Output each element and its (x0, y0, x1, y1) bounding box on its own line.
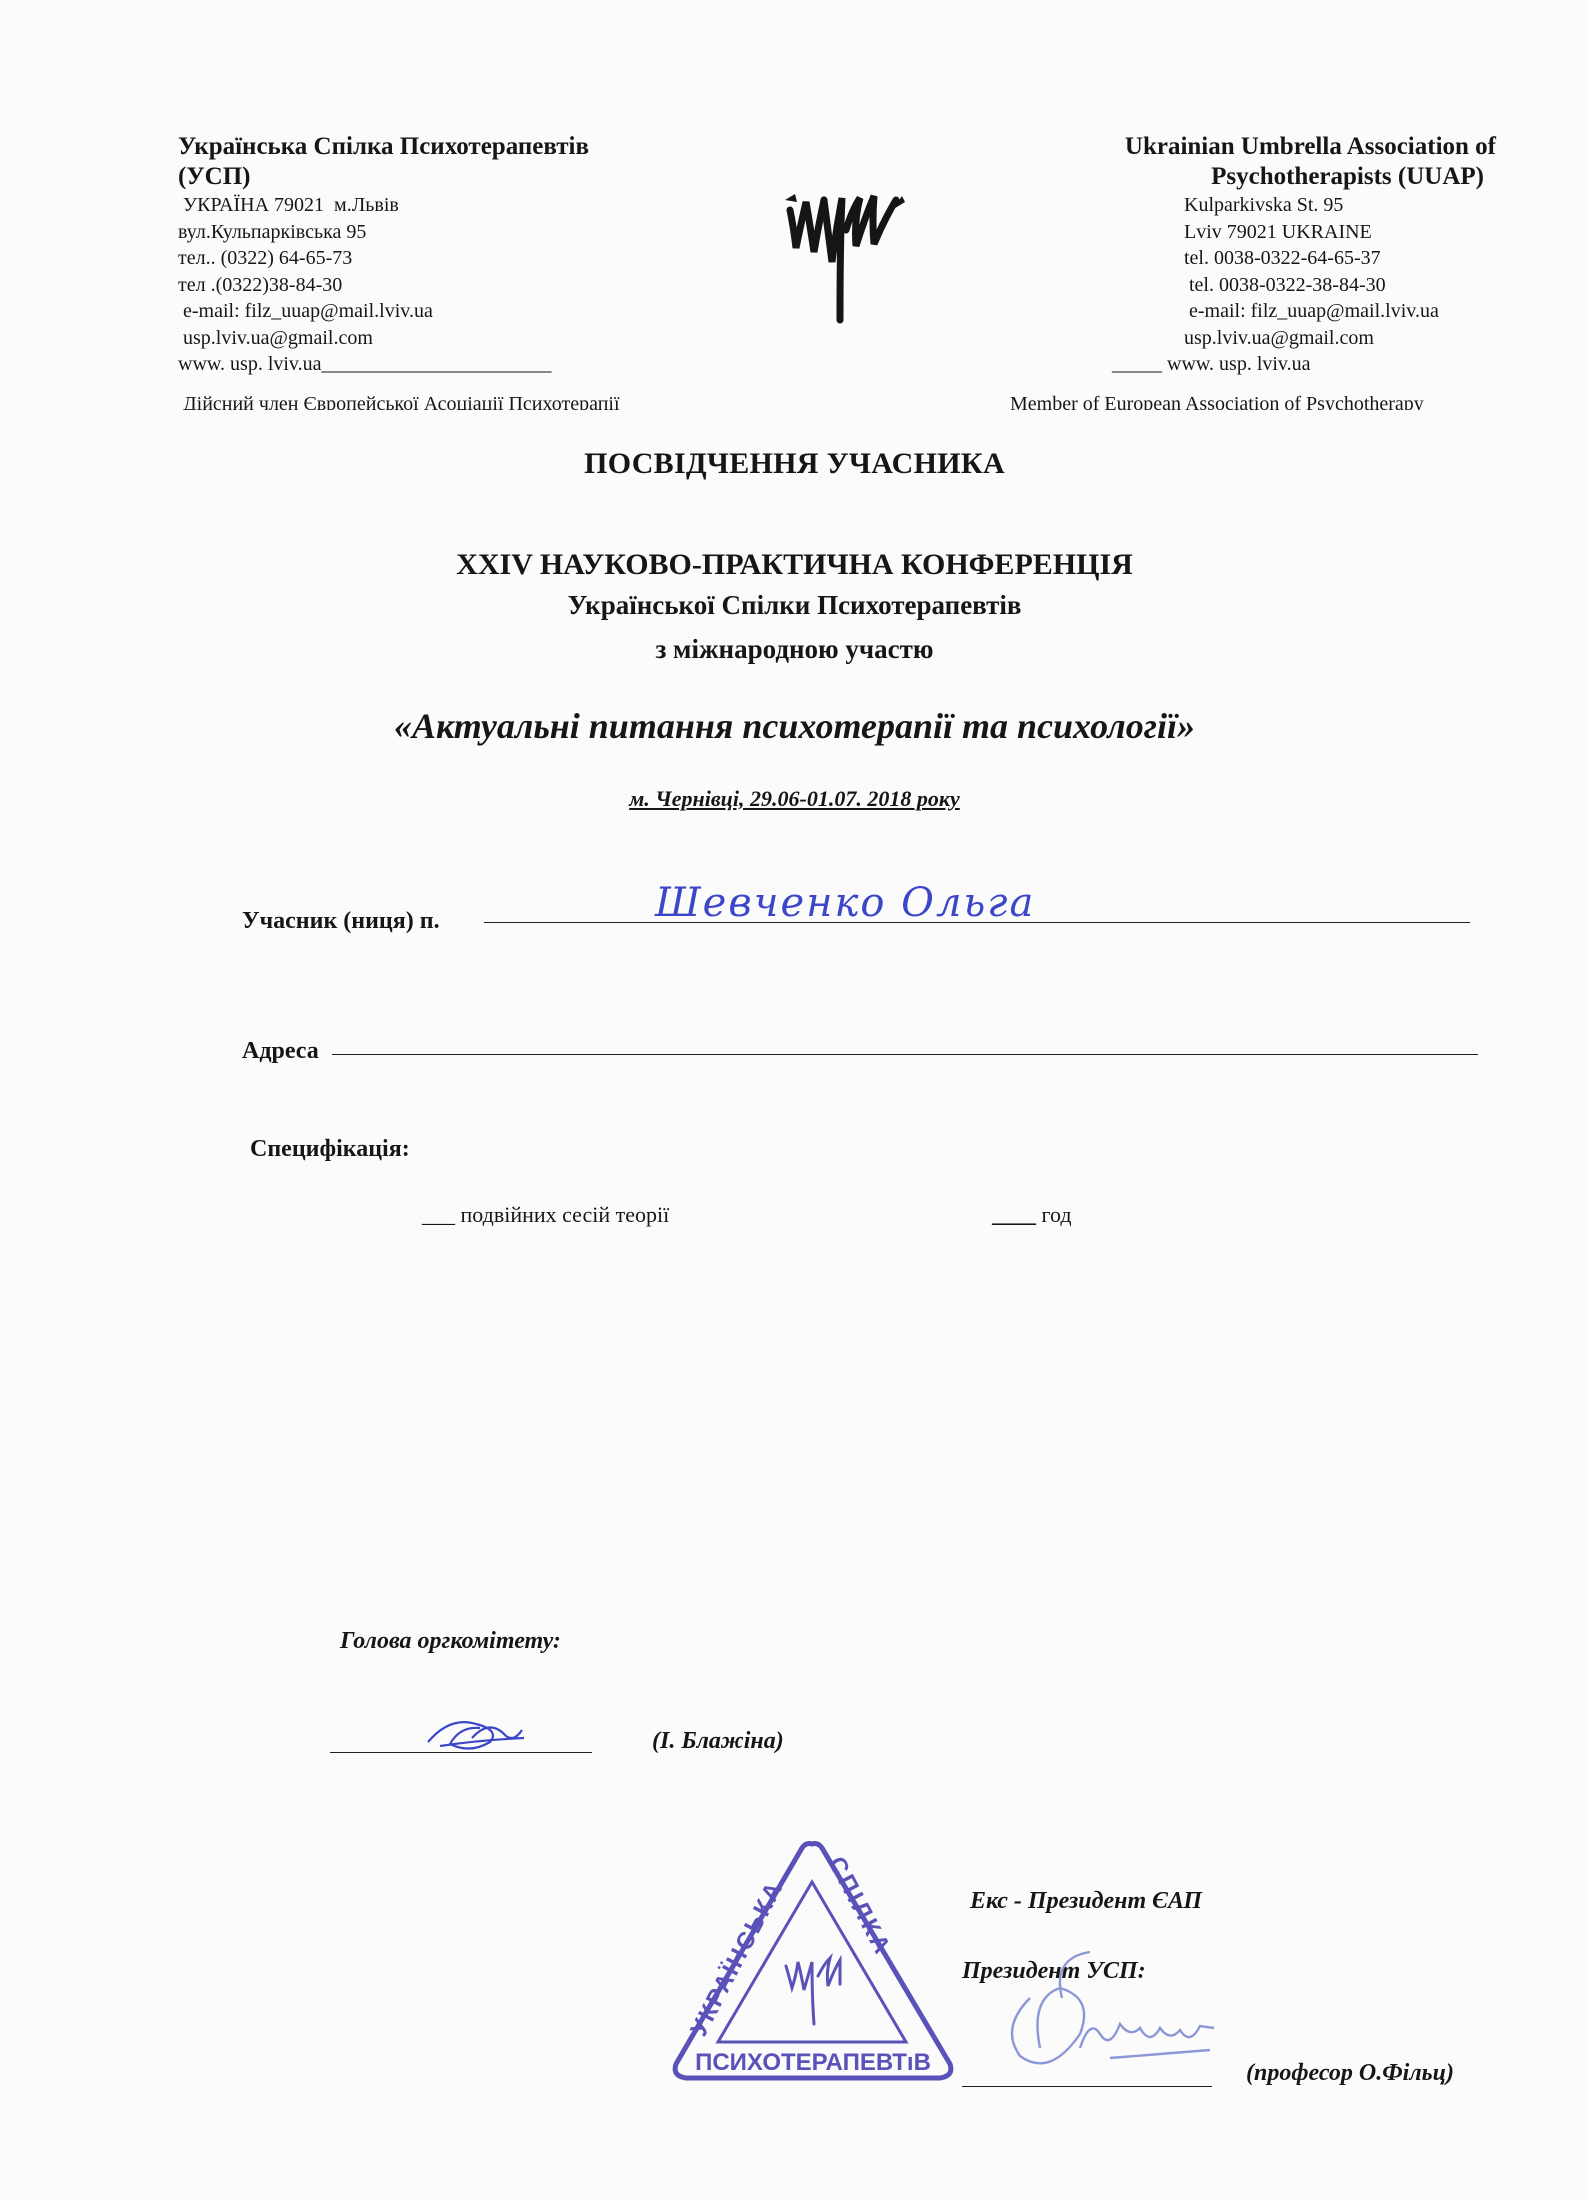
participant-name: Шевченко Ольга (655, 880, 1035, 926)
conference-title: XXIV НАУКОВО-ПРАКТИЧНА КОНФЕРЕНЦІЯ (0, 548, 1589, 582)
conference-theme: «Актуальні питання психотерапії та психо… (0, 705, 1589, 747)
phone-line-en: tel. 0038-0322-64-65-37 (1000, 245, 1510, 272)
conference-participation: з міжнародною участю (0, 634, 1589, 665)
email-line: e-mail: filz_uuap@mail.lviv.ua (178, 298, 738, 325)
president-name: (професор О.Фільц) (1246, 2060, 1454, 2087)
document-title: ПОСВІДЧЕННЯ УЧАСНИКА (0, 447, 1589, 481)
spec-sessions-blank: ___ (422, 1202, 455, 1227)
specification-label: Специфікація: (250, 1136, 410, 1163)
spec-sessions: ___ подвійних сесій теорії (422, 1202, 669, 1228)
committee-head-name: (І. Блажіна) (652, 1728, 784, 1755)
address-label: Адреса (242, 1038, 319, 1065)
email-line-en: e-mail: filz_uuap@mail.lviv.ua (1000, 298, 1510, 325)
conference-organizer: Української Спілки Психотерапевтів (0, 590, 1589, 621)
address-line-en: Lviv 79021 UKRAINE (1000, 219, 1510, 246)
stamp-icon: УКРАЇНСЬКА СПІЛКА ПСИХОТЕРАПЕВТıВ (668, 1838, 958, 2098)
website-line-en: _____ www. usp. lviv.ua (1000, 351, 1510, 378)
membership-ua: Дійсний член Європейської Асоціації Псих… (178, 393, 620, 416)
phone-line-en: tel. 0038-0322-38-84-30 (1000, 272, 1510, 299)
phone-line: тел .(0322)38-84-30 (178, 272, 738, 299)
usp-logo-icon (780, 170, 910, 330)
header-left: Українська Спілка Психотерапевтів (УСП) … (178, 132, 738, 378)
address-line-en: Kulparkivska St. 95 (1000, 192, 1510, 219)
address-line: вул.Кульпарківська 95 (178, 219, 738, 246)
phone-line: тел.. (0322) 64-65-73 (178, 245, 738, 272)
participant-label: Учасник (ниця) п. (242, 908, 440, 935)
address-underline (332, 1054, 1478, 1055)
org-abbr-ua: (УСП) (178, 162, 738, 192)
spec-sessions-label: подвійних сесій теорії (461, 1202, 670, 1227)
place-date: м. Чернівці, 29.06-01.07. 2018 року (0, 786, 1589, 812)
spec-hours-blank: ____ (992, 1202, 1036, 1227)
email-line-en: usp.lviv.ua@gmail.com (1000, 325, 1510, 352)
spec-hours: ____ год (992, 1202, 1072, 1228)
org-name-en: Ukrainian Umbrella Association of (1000, 132, 1510, 162)
membership-en: Member of European Association of Psycho… (1010, 393, 1424, 416)
president-signature-icon (990, 1938, 1230, 2088)
org-abbr-en: Psychotherapists (UUAP) (1000, 162, 1510, 192)
stamp-bottom-text: ПСИХОТЕРАПЕВТıВ (695, 2049, 931, 2076)
address-line: УКРАЇНА 79021 м.Львів (178, 192, 738, 219)
org-name-ua: Українська Спілка Психотерапевтів (178, 132, 738, 162)
usp-logo (780, 170, 910, 330)
svg-text:УКРАЇНСЬКА: УКРАЇНСЬКА (685, 1876, 788, 2040)
committee-head-label: Голова оргкомітету: (340, 1628, 561, 1655)
svg-text:СПІЛКА: СПІЛКА (823, 1852, 897, 1960)
organization-stamp: УКРАЇНСЬКА СПІЛКА ПСИХОТЕРАПЕВТıВ (668, 1838, 958, 2098)
website-underline: _____ (1112, 353, 1167, 375)
committee-signature-icon (420, 1706, 530, 1756)
spec-hours-label: год (1042, 1202, 1072, 1227)
email-line: usp.lviv.ua@gmail.com (178, 325, 738, 352)
website-en: www. usp. lviv.ua (1167, 353, 1311, 375)
header-right: Ukrainian Umbrella Association of Psycho… (1000, 132, 1510, 378)
website-line: www. usp. lviv.ua_______________________ (178, 351, 738, 378)
ex-president-label: Екс - Президент ЄАП (970, 1888, 1202, 1915)
